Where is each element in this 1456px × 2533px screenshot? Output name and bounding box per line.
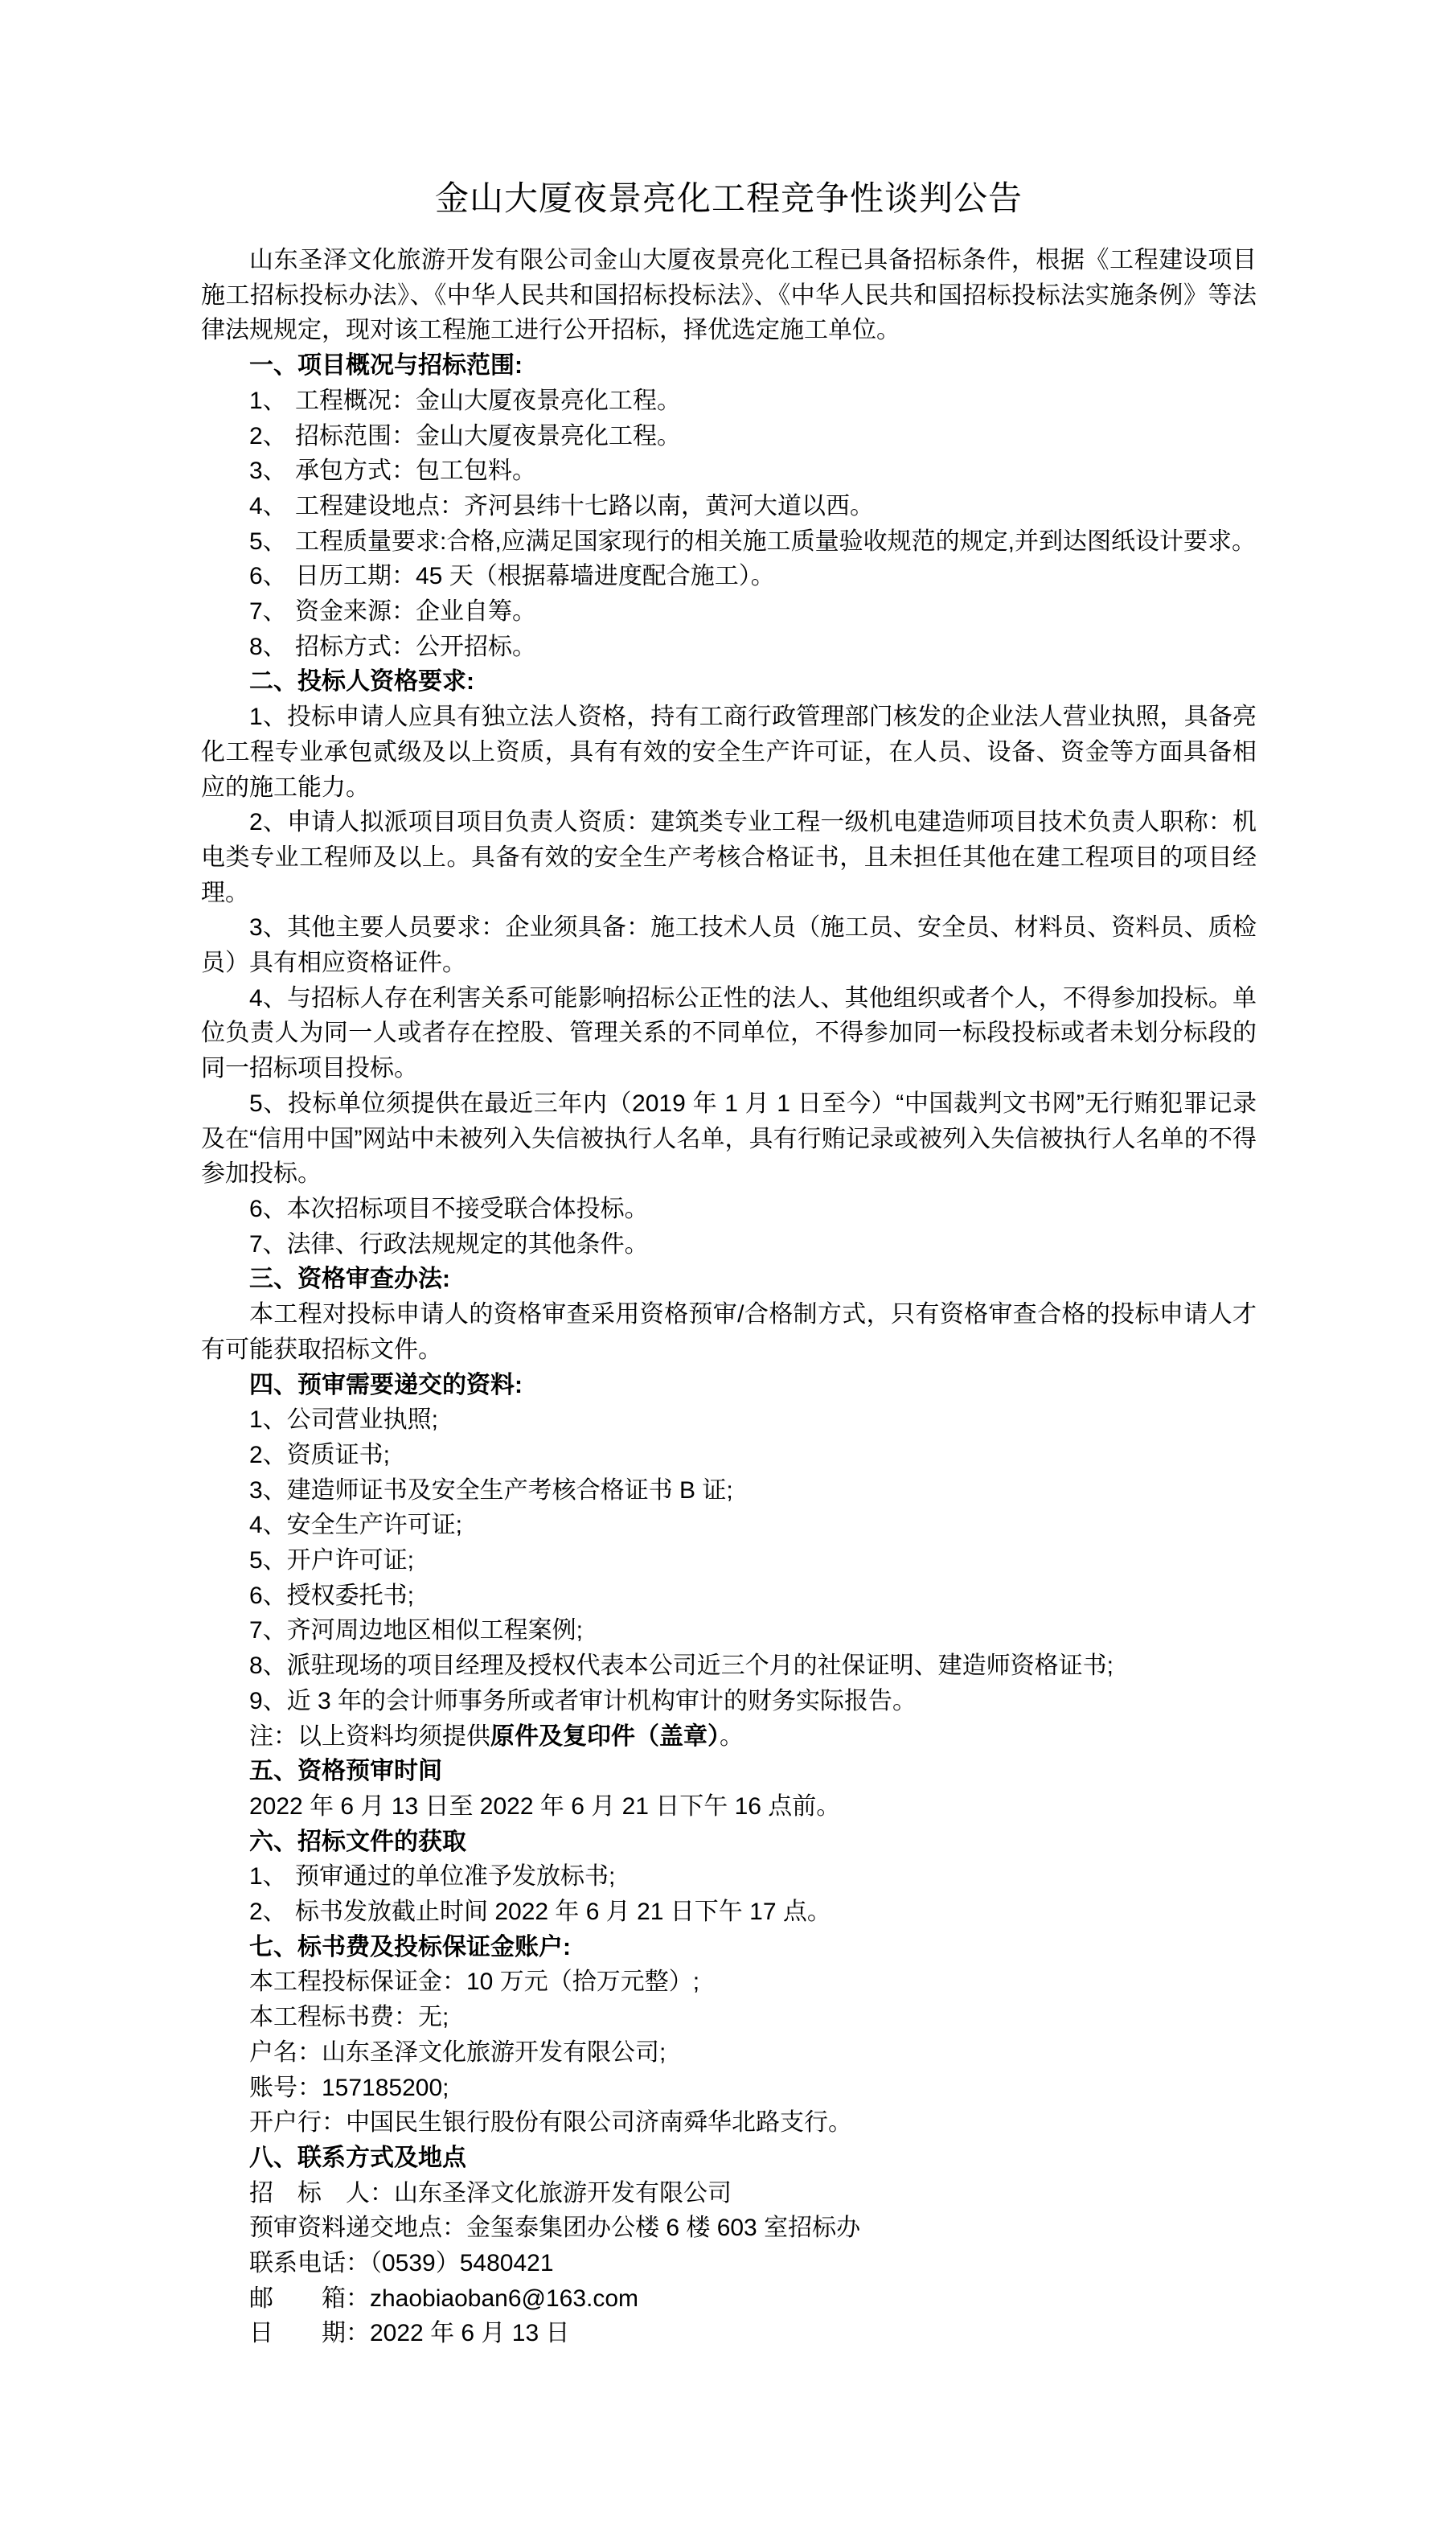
intro-paragraph: 山东圣泽文化旅游开发有限公司金山大厦夜景亮化工程已具备招标条件，根据《工程建设项… — [201, 243, 1257, 348]
doc-list-item: 2、标书发放截止时间 2022 年 6 月 21 日下午 17 点。 — [201, 1895, 1257, 1930]
note-paragraph: 注：以上资料均须提供原件及复印件（盖章）。 — [201, 1719, 1257, 1755]
doc-paragraph: 联系电话：（0539）5480421 — [201, 2246, 1257, 2281]
item-number: 1、 — [249, 384, 295, 419]
doc-paragraph: 日 期：2022 年 6 月 13 日 — [201, 2316, 1257, 2351]
doc-list-item: 2、招标范围：金山大厦夜景亮化工程。 — [201, 419, 1257, 454]
doc-paragraph: 本工程标书费：无; — [201, 2000, 1257, 2035]
doc-paragraph: 本工程投标保证金：10 万元（拾万元整）; — [201, 1964, 1257, 2000]
document-body: 一、项目概况与招标范围:1、工程概况：金山大厦夜景亮化工程。2、招标范围：金山大… — [201, 348, 1257, 2351]
doc-paragraph: 预审资料递交地点：金玺泰集团办公楼 6 楼 603 室招标办 — [201, 2211, 1257, 2246]
item-number: 3、 — [249, 454, 295, 489]
document-content: 金山大厦夜景亮化工程竞争性谈判公告 山东圣泽文化旅游开发有限公司金山大厦夜景亮化… — [201, 181, 1257, 2351]
document-title: 金山大厦夜景亮化工程竞争性谈判公告 — [201, 181, 1257, 216]
section-heading: 一、项目概况与招标范围: — [201, 348, 1257, 384]
doc-paragraph: 3、其他主要人员要求：企业须具备：施工技术人员（施工员、安全员、材料员、资料员、… — [201, 910, 1257, 980]
doc-list-item: 4、工程建设地点：齐河县纬十七路以南，黄河大道以西。 — [201, 489, 1257, 524]
doc-paragraph: 本工程对投标申请人的资格审查采用资格预审/合格制方式，只有资格审查合格的投标申请… — [201, 1297, 1257, 1367]
doc-paragraph: 4、安全生产许可证; — [201, 1508, 1257, 1543]
doc-paragraph: 6、本次招标项目不接受联合体投标。 — [201, 1192, 1257, 1227]
section-heading: 二、投标人资格要求: — [201, 664, 1257, 700]
doc-paragraph: 招 标 人：山东圣泽文化旅游开发有限公司 — [201, 2176, 1257, 2211]
doc-paragraph: 7、齐河周边地区相似工程案例; — [201, 1613, 1257, 1648]
doc-paragraph: 邮 箱：zhaobiaoban6@163.com — [201, 2281, 1257, 2317]
doc-paragraph: 8、派驻现场的项目经理及授权代表本公司近三个月的社保证明、建造师资格证书; — [201, 1648, 1257, 1684]
item-number: 7、 — [249, 594, 295, 630]
doc-paragraph: 6、授权委托书; — [201, 1579, 1257, 1614]
item-number: 4、 — [249, 489, 295, 524]
item-number: 1、 — [249, 1859, 295, 1895]
document-page: 金山大厦夜景亮化工程竞争性谈判公告 山东圣泽文化旅游开发有限公司金山大厦夜景亮化… — [0, 0, 1456, 2533]
doc-paragraph: 开户行：中国民生银行股份有限公司济南舜华北路支行。 — [201, 2105, 1257, 2141]
item-number: 2、 — [249, 1895, 295, 1930]
item-number: 2、 — [249, 419, 295, 454]
doc-paragraph: 2、申请人拟派项目项目负责人资质：建筑类专业工程一级机电建造师项目技术负责人职称… — [201, 805, 1257, 910]
doc-paragraph: 5、投标单位须提供在最近三年内（2019 年 1 月 1 日至今）“中国裁判文书… — [201, 1086, 1257, 1192]
doc-paragraph: 2、资质证书; — [201, 1438, 1257, 1473]
section-heading: 三、资格审查办法: — [201, 1262, 1257, 1297]
doc-paragraph: 7、法律、行政法规规定的其他条件。 — [201, 1227, 1257, 1262]
section-heading: 八、联系方式及地点 — [201, 2141, 1257, 2176]
doc-paragraph: 账号：157185200; — [201, 2071, 1257, 2106]
section-heading: 四、预审需要递交的资料: — [201, 1368, 1257, 1403]
doc-list-item: 1、预审通过的单位准予发放标书; — [201, 1859, 1257, 1895]
item-number: 6、 — [249, 559, 295, 594]
doc-list-item: 5、工程质量要求:合格,应满足国家现行的相关施工质量验收规范的规定,并到达图纸设… — [201, 524, 1257, 560]
doc-paragraph: 5、开户许可证; — [201, 1543, 1257, 1579]
doc-list-item: 1、工程概况：金山大厦夜景亮化工程。 — [201, 384, 1257, 419]
doc-paragraph: 9、近 3 年的会计师事务所或者审计机构审计的财务实际报告。 — [201, 1684, 1257, 1719]
doc-paragraph: 3、建造师证书及安全生产考核合格证书 B 证; — [201, 1473, 1257, 1509]
section-heading: 七、标书费及投标保证金账户: — [201, 1930, 1257, 1965]
doc-paragraph: 2022 年 6 月 13 日至 2022 年 6 月 21 日下午 16 点前… — [201, 1789, 1257, 1825]
doc-paragraph: 1、公司营业执照; — [201, 1402, 1257, 1438]
doc-list-item: 8、招标方式：公开招标。 — [201, 630, 1257, 665]
doc-list-item: 6、日历工期：45 天（根据幕墙进度配合施工）。 — [201, 559, 1257, 594]
note-bold: 原件及复印件（盖章） — [490, 1723, 720, 1750]
doc-list-item: 3、承包方式：包工包料。 — [201, 454, 1257, 489]
item-number: 5、 — [249, 524, 295, 560]
doc-paragraph: 1、投标申请人应具有独立法人资格，持有工商行政管理部门核发的企业法人营业执照，具… — [201, 700, 1257, 805]
doc-paragraph: 户名：山东圣泽文化旅游开发有限公司; — [201, 2035, 1257, 2071]
doc-list-item: 7、资金来源：企业自筹。 — [201, 594, 1257, 630]
item-number: 8、 — [249, 630, 295, 665]
section-heading: 五、资格预审时间 — [201, 1754, 1257, 1789]
doc-paragraph: 4、与招标人存在利害关系可能影响招标公正性的法人、其他组织或者个人，不得参加投标… — [201, 981, 1257, 1086]
section-heading: 六、招标文件的获取 — [201, 1825, 1257, 1860]
